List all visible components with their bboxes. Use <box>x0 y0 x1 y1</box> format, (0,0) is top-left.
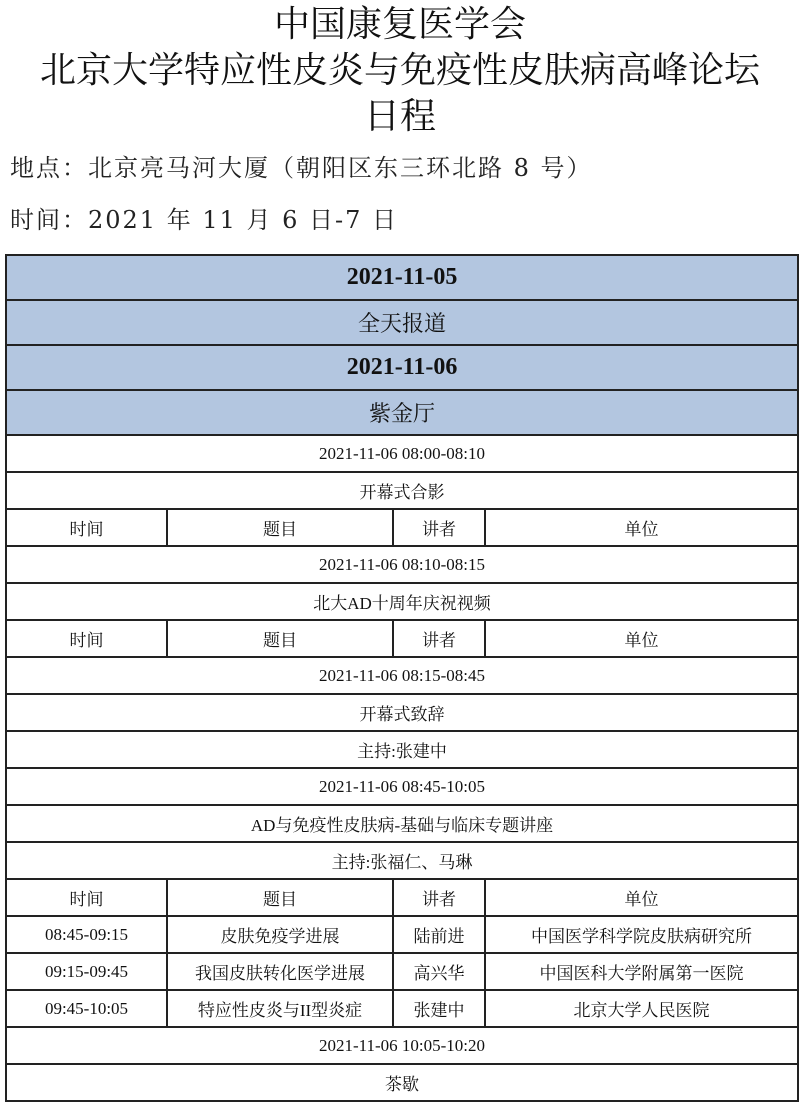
slot-title: 开幕式合影 <box>6 472 798 509</box>
talk-row: 08:45-09:15 皮肤免疫学进展 陆前进 中国医学科学院皮肤病研究所 <box>6 916 798 953</box>
slot-title: 北大AD十周年庆祝视频 <box>6 583 798 620</box>
col-header-time: 时间 <box>6 620 167 657</box>
title-organization: 中国康复医学会 <box>0 2 800 48</box>
slot-time: 2021-11-06 08:00-08:10 <box>6 435 798 472</box>
document-header: 中国康复医学会 北京大学特应性皮炎与免疫性皮肤病高峰论坛 日程 <box>0 0 800 140</box>
title-forum: 北京大学特应性皮炎与免疫性皮肤病高峰论坛 <box>0 48 800 94</box>
day-row: 2021-11-06 <box>6 345 798 390</box>
column-header-row: 时间 题目 讲者 单位 <box>6 879 798 916</box>
col-header-topic: 题目 <box>167 879 393 916</box>
day-date: 2021-11-06 <box>6 345 798 390</box>
talk-unit: 中国医学科学院皮肤病研究所 <box>485 916 798 953</box>
talk-speaker: 张建中 <box>393 990 485 1027</box>
day-date: 2021-11-05 <box>6 255 798 300</box>
talk-row: 09:45-10:05 特应性皮炎与II型炎症 张建中 北京大学人民医院 <box>6 990 798 1027</box>
column-header-row: 时间 题目 讲者 单位 <box>6 620 798 657</box>
talk-topic: 皮肤免疫学进展 <box>167 916 393 953</box>
slot-title: 开幕式致辞 <box>6 694 798 731</box>
hall-name: 紫金厅 <box>6 390 798 435</box>
slot-time: 2021-11-06 10:05-10:20 <box>6 1027 798 1064</box>
slot-host: 主持:张建中 <box>6 731 798 768</box>
day-row: 2021-11-05 <box>6 255 798 300</box>
col-header-time: 时间 <box>6 509 167 546</box>
slot-title: 茶歇 <box>6 1064 798 1101</box>
column-header-row: 时间 题目 讲者 单位 <box>6 509 798 546</box>
talk-topic: 我国皮肤转化医学进展 <box>167 953 393 990</box>
day-note-row: 全天报道 <box>6 300 798 345</box>
talk-topic: 特应性皮炎与II型炎症 <box>167 990 393 1027</box>
col-header-time: 时间 <box>6 879 167 916</box>
talk-unit: 中国医科大学附属第一医院 <box>485 953 798 990</box>
talk-time: 09:45-10:05 <box>6 990 167 1027</box>
talk-row: 09:15-09:45 我国皮肤转化医学进展 高兴华 中国医科大学附属第一医院 <box>6 953 798 990</box>
talk-time: 08:45-09:15 <box>6 916 167 953</box>
location-text: 地点：北京亮马河大厦（朝阳区东三环北路 8 号） <box>10 148 593 183</box>
talk-time: 09:15-09:45 <box>6 953 167 990</box>
slot-title: AD与免疫性皮肤病-基础与临床专题讲座 <box>6 805 798 842</box>
col-header-unit: 单位 <box>485 620 798 657</box>
slot-host: 主持:张福仁、马琳 <box>6 842 798 879</box>
talk-unit: 北京大学人民医院 <box>485 990 798 1027</box>
title-schedule: 日程 <box>0 94 800 140</box>
col-header-unit: 单位 <box>485 509 798 546</box>
slot-time: 2021-11-06 08:15-08:45 <box>6 657 798 694</box>
col-header-speaker: 讲者 <box>393 879 485 916</box>
schedule-table: 2021-11-05 全天报道 2021-11-06 紫金厅 2021-11-0… <box>5 254 799 1102</box>
talk-speaker: 高兴华 <box>393 953 485 990</box>
talk-speaker: 陆前进 <box>393 916 485 953</box>
col-header-speaker: 讲者 <box>393 509 485 546</box>
slot-time: 2021-11-06 08:45-10:05 <box>6 768 798 805</box>
hall-row: 紫金厅 <box>6 390 798 435</box>
col-header-topic: 题目 <box>167 620 393 657</box>
day-note: 全天报道 <box>6 300 798 345</box>
slot-time: 2021-11-06 08:10-08:15 <box>6 546 798 583</box>
col-header-speaker: 讲者 <box>393 620 485 657</box>
col-header-unit: 单位 <box>485 879 798 916</box>
date-range-text: 时间：2021 年 11 月 6 日-7 日 <box>10 200 398 235</box>
col-header-topic: 题目 <box>167 509 393 546</box>
